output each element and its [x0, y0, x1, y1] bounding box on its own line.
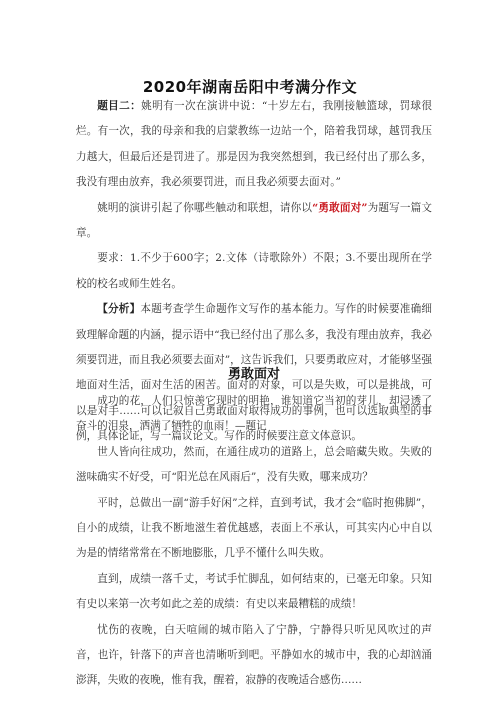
essay-paragraph: 平时，总做出一副“游手好闲”之样，直到考试，我才会“临时抱佛脚”，自小的成绩，让…	[76, 491, 432, 567]
prompt-label: 题目二：	[97, 100, 141, 112]
essay-title: 勇敢面对	[76, 361, 432, 389]
essay-paragraph: 世人皆向往成功，然而，在通往成功的道路上，总会暗藏失败。失败的滋味确实不好受，可…	[76, 440, 432, 491]
essay-paragraph: 成功的花，人们只惊羡它现时的明艳，谁知道它当初的芽儿，却浸透了奋斗的泪泉，洒满了…	[76, 389, 432, 440]
essay-paragraph: 忧伤的夜晚，白天喧闹的城市陷入了宁静，宁静得只听见风吹过的声音，也许，针落下的声…	[76, 618, 432, 694]
prompt-text: 姚明有一次在演讲中说：“十岁左右，我刚接触篮球，罚球很烂。有一次，我的母亲和我的…	[76, 100, 432, 188]
question-text-before: 姚明的演讲引起了你哪些触动和联想，请你以	[97, 202, 312, 214]
question-paragraph: 姚明的演讲引起了你哪些触动和联想，请你以“勇敢面对”为题写一篇文章。	[76, 196, 432, 247]
analysis-label: 【分析】	[97, 303, 140, 315]
prompt-paragraph: 题目二：姚明有一次在演讲中说：“十岁左右，我刚接触篮球，罚球很烂。有一次，我的母…	[76, 94, 432, 196]
essay-section: 勇敢面对 成功的花，人们只惊羡它现时的明艳，谁知道它当初的芽儿，却浸透了奋斗的泪…	[76, 361, 432, 694]
document-page: 2020年湖南岳阳中考满分作文 题目二：姚明有一次在演讲中说：“十岁左右，我刚接…	[0, 0, 500, 707]
essay-paragraph: 直到，成绩一落千丈，考试手忙脚乱，如何结束的，已毫无印象。只知有史以来第一次考如…	[76, 567, 432, 618]
requirements-paragraph: 要求：1.不少于600字；2.文体（诗歌除外）不限；3.不要出现所在学校的校名或…	[76, 246, 432, 297]
essay-topic-highlight: “勇敢面对”	[312, 202, 367, 214]
